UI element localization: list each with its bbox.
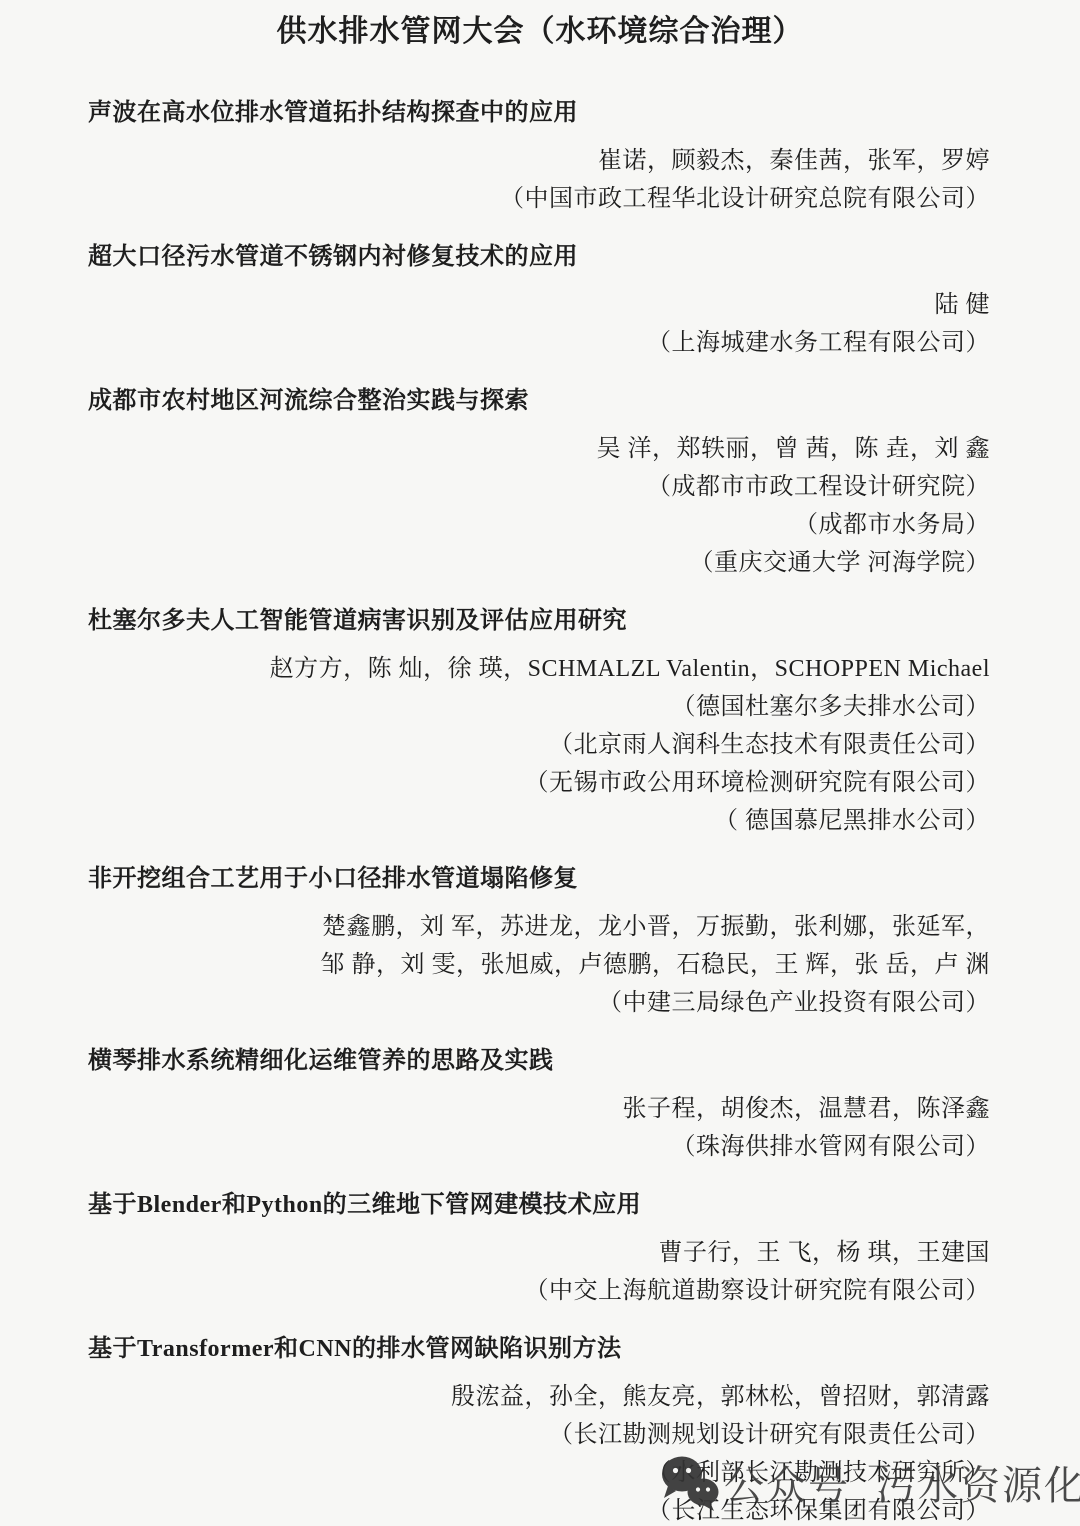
entry-title: 超大口径污水管道不锈钢内衬修复技术的应用 (88, 240, 990, 274)
affiliation-line: （重庆交通大学 河海学院） (88, 544, 990, 582)
program-entry: 非开挖组合工艺用于小口径排水管道塌陷修复 楚鑫鹏，刘 军，苏进龙，龙小晋，万振勤… (88, 862, 990, 1022)
wechat-icon (658, 1452, 722, 1512)
program-entry-list: 声波在高水位排水管道拓扑结构探查中的应用 崔诺，顾毅杰，秦佳茜，张军，罗婷（中国… (0, 96, 1080, 1526)
author-line: 张子程，胡俊杰，温慧君，陈泽鑫 (88, 1090, 990, 1128)
affiliation-line: （长江勘测规划设计研究有限责任公司） (88, 1416, 990, 1454)
program-entry: 杜塞尔多夫人工智能管道病害识别及评估应用研究 赵方方，陈 灿，徐 瑛，SCHMA… (88, 604, 990, 840)
author-line: 殷浤益，孙全，熊友亮，郭林松，曾招财，郭清露 (88, 1378, 990, 1416)
entry-title: 基于Transformer和CNN的排水管网缺陷识别方法 (88, 1332, 990, 1366)
author-line: 陆 健 (88, 286, 990, 324)
program-entry: 声波在高水位排水管道拓扑结构探查中的应用 崔诺，顾毅杰，秦佳茜，张军，罗婷（中国… (88, 96, 990, 218)
program-entry: 超大口径污水管道不锈钢内衬修复技术的应用 陆 健（上海城建水务工程有限公司） (88, 240, 990, 362)
author-line: 邹 静，刘 雯，张旭威，卢德鹏，石稳民，王 辉，张 岳，卢 渊 (88, 946, 990, 984)
program-entry: 横琴排水系统精细化运维管养的思路及实践 张子程，胡俊杰，温慧君，陈泽鑫（珠海供排… (88, 1044, 990, 1166)
scanned-program-page: 供水排水管网大会（水环境综合治理） 声波在高水位排水管道拓扑结构探查中的应用 崔… (0, 0, 1080, 1526)
page-title: 供水排水管网大会（水环境综合治理） (0, 0, 1080, 52)
affiliation-line: （成都市市政工程设计研究院） (88, 468, 990, 506)
author-line: 楚鑫鹏，刘 军，苏进龙，龙小晋，万振勤，张利娜，张延军， (88, 908, 990, 946)
entry-title: 声波在高水位排水管道拓扑结构探查中的应用 (88, 96, 990, 130)
author-line: 崔诺，顾毅杰，秦佳茜，张军，罗婷 (88, 142, 990, 180)
affiliation-line: （珠海供排水管网有限公司） (88, 1128, 990, 1166)
author-line: 曹子行，王 飞，杨 琪，王建国 (88, 1234, 990, 1272)
watermark-label: 公众号 (724, 1464, 850, 1508)
affiliation-line: （中交上海航道勘察设计研究院有限公司） (88, 1272, 990, 1310)
entry-title: 横琴排水系统精细化运维管养的思路及实践 (88, 1044, 990, 1078)
program-entry: 基于Blender和Python的三维地下管网建模技术应用 曹子行，王 飞，杨 … (88, 1188, 990, 1310)
affiliation-line: （中国市政工程华北设计研究总院有限公司） (88, 180, 990, 218)
affiliation-line: （成都市水务局） (88, 506, 990, 544)
affiliation-line: （中建三局绿色产业投资有限公司） (88, 984, 990, 1022)
watermark-account: 污水资源化利用 (876, 1464, 1080, 1508)
affiliation-line: （ 德国慕尼黑排水公司） (88, 802, 990, 840)
entry-title: 杜塞尔多夫人工智能管道病害识别及评估应用研究 (88, 604, 990, 638)
entry-title: 基于Blender和Python的三维地下管网建模技术应用 (88, 1188, 990, 1222)
author-line: 赵方方，陈 灿，徐 瑛，SCHMALZL Valentin，SCHOPPEN M… (88, 650, 990, 688)
affiliation-line: （北京雨人润科生态技术有限责任公司） (88, 726, 990, 764)
program-entry: 成都市农村地区河流综合整治实践与探索 吴 洋，郑轶丽，曾 茜，陈 垚，刘 鑫（成… (88, 384, 990, 582)
affiliation-line: （上海城建水务工程有限公司） (88, 324, 990, 362)
watermark-text: 公众号污水资源化利用 (724, 1454, 1080, 1511)
affiliation-line: （德国杜塞尔多夫排水公司） (88, 688, 990, 726)
entry-title: 成都市农村地区河流综合整治实践与探索 (88, 384, 990, 418)
affiliation-line: （无锡市政公用环境检测研究院有限公司） (88, 764, 990, 802)
entry-title: 非开挖组合工艺用于小口径排水管道塌陷修复 (88, 862, 990, 896)
author-line: 吴 洋，郑轶丽，曾 茜，陈 垚，刘 鑫 (88, 430, 990, 468)
wechat-watermark: 公众号污水资源化利用 (658, 1452, 1080, 1512)
